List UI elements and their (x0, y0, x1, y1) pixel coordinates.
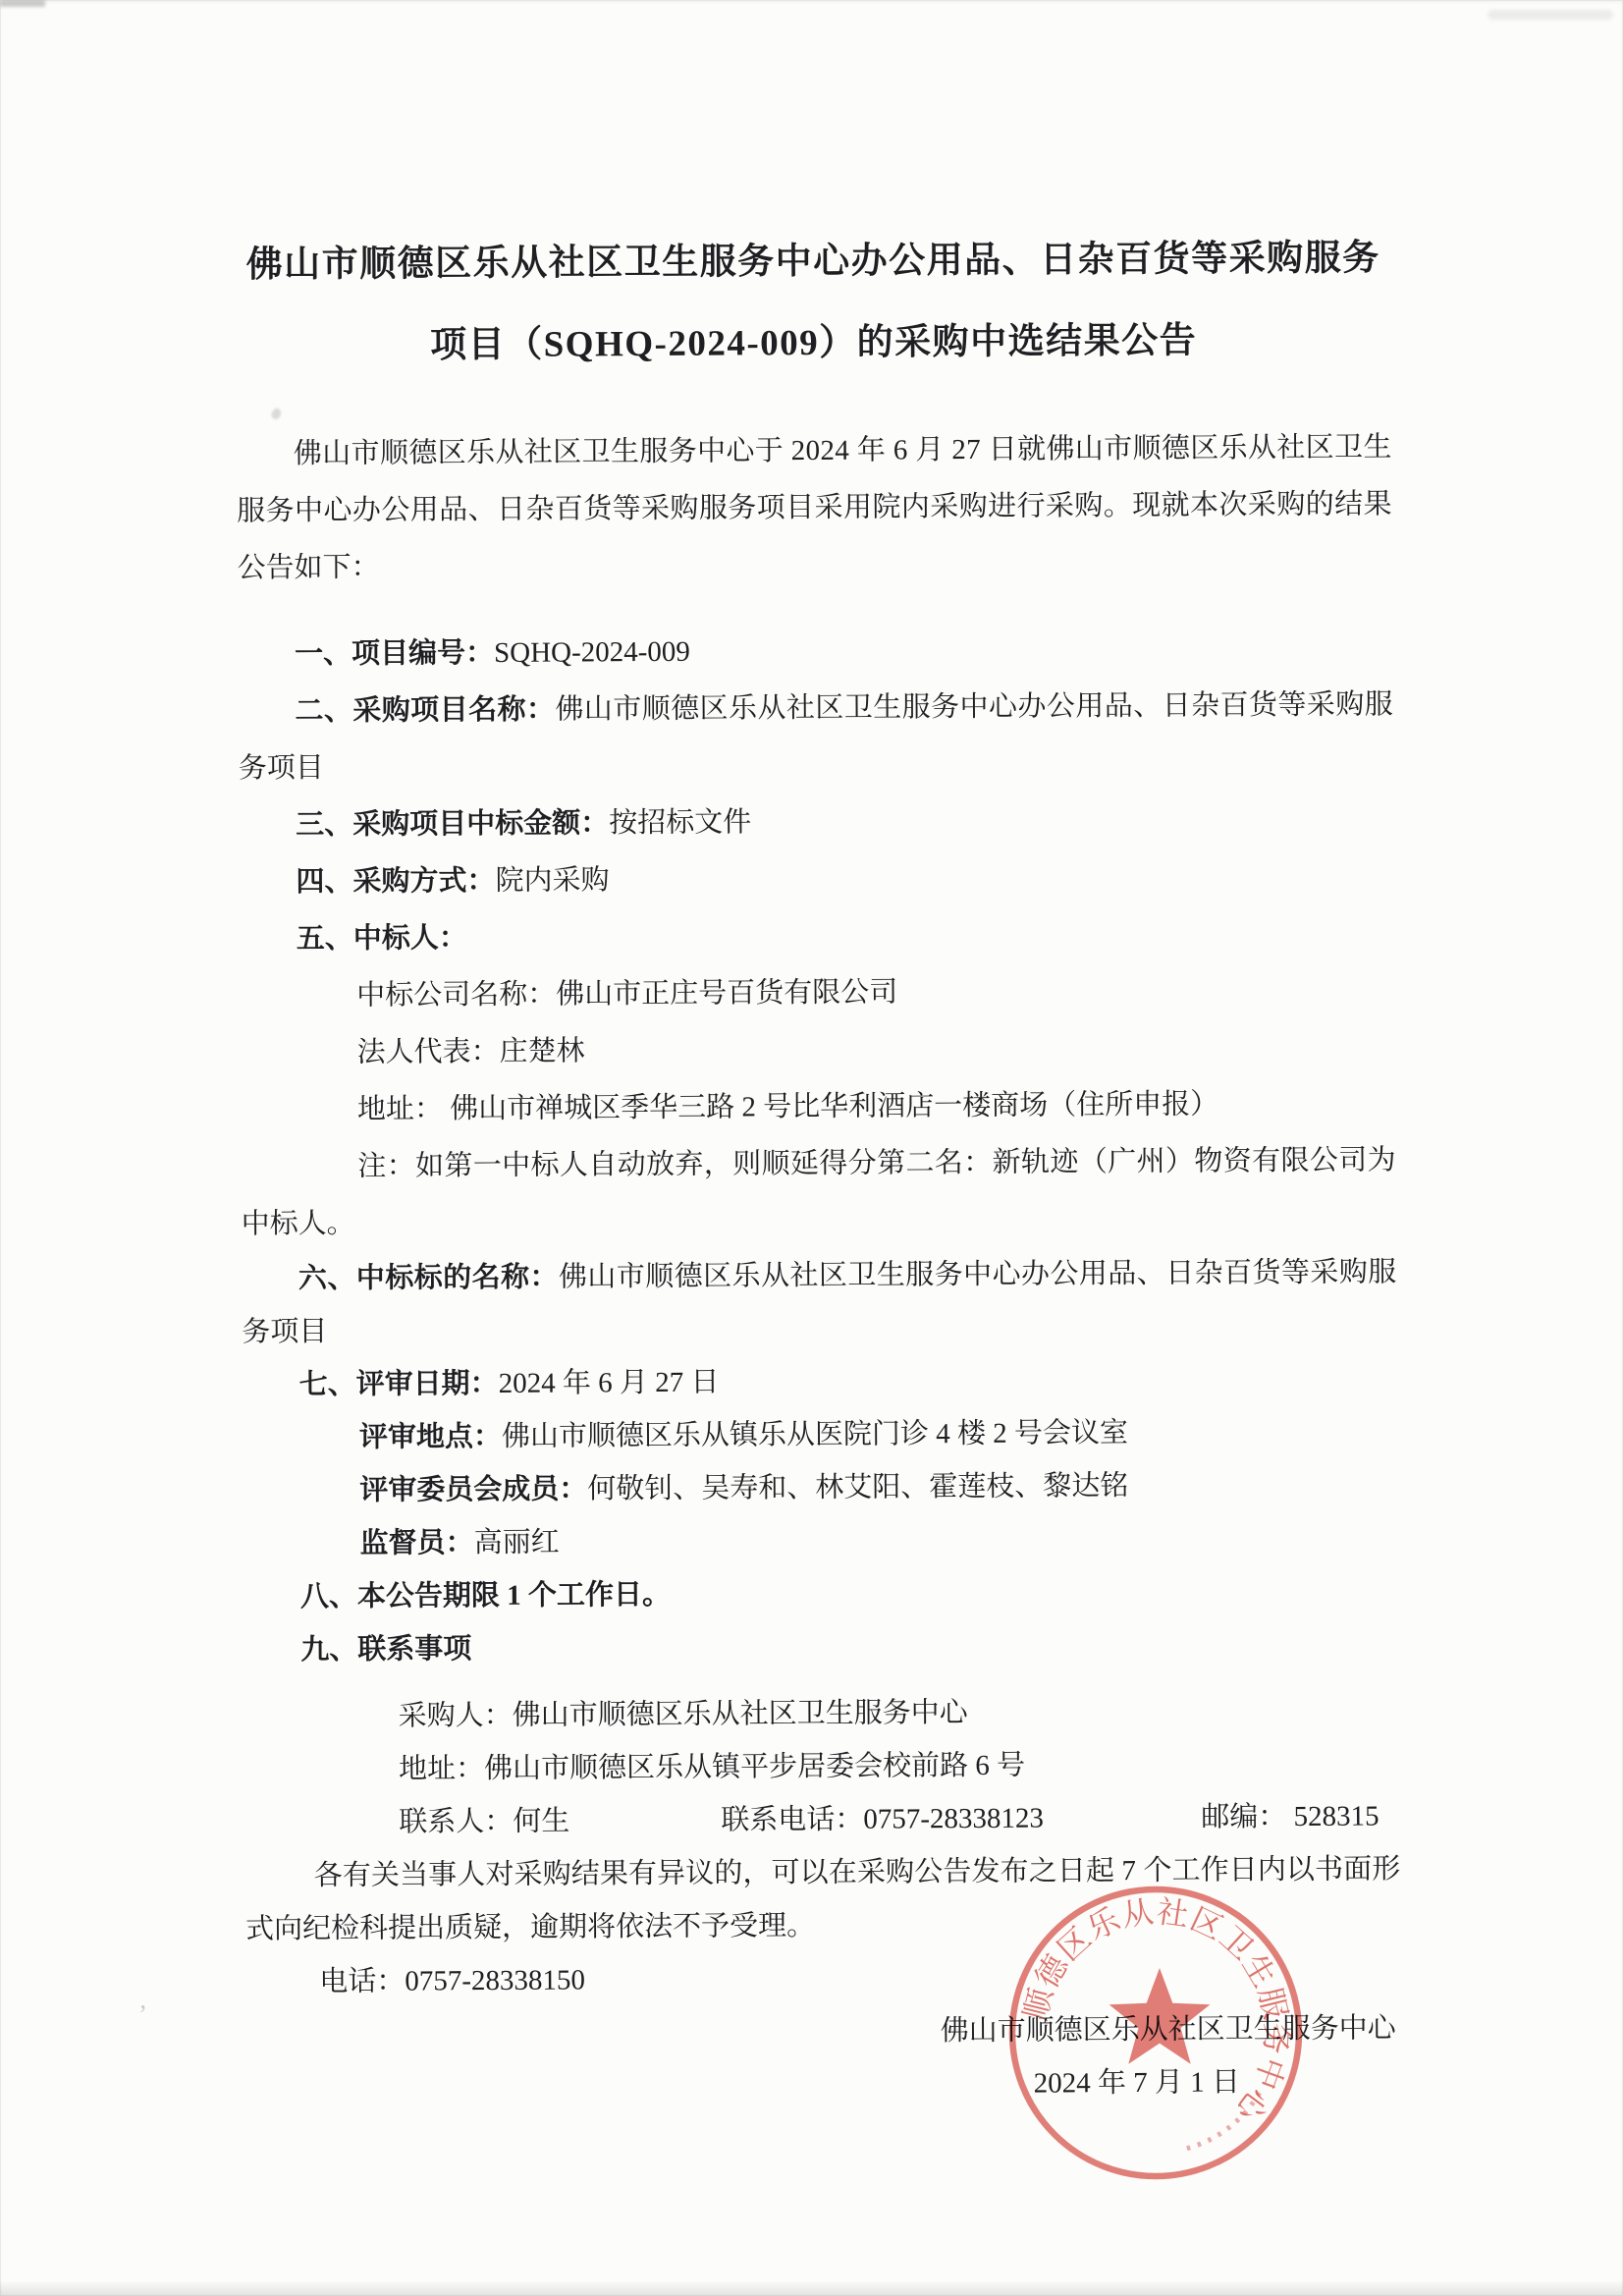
item-2-project-name: 二、采购项目名称：佛山市顺德区乐从社区卫生服务中心办公用品、日杂百货等采购服 (238, 676, 1393, 739)
winner-legal-representative: 法人代表：庄楚林 (240, 1017, 1395, 1081)
document-title-line-1: 佛山市顺德区乐从社区卫生服务中心办公用品、日杂百货等采购服务 (236, 234, 1391, 290)
item-1-project-number: 一、项目编号：SQHQ-2024-009 (238, 619, 1393, 683)
review-committee: 评审委员会成员：何敬钊、吴寿和、林艾阳、霍莲枝、黎达铭 (243, 1457, 1398, 1517)
intro-line-3: 公告如下： (237, 532, 1392, 596)
body-lines: 佛山市顺德区乐从社区卫生服务中心于 2024 年 6 月 27 日就佛山市顺德区… (237, 418, 1402, 2114)
contact-col-0: 联系人：何生 (399, 1806, 569, 1838)
page: 佛山市顺德区乐从社区卫生服务中心办公用品、日杂百货等采购服务 项目（SQHQ-2… (0, 0, 1623, 2296)
contact-row: 联系人：何生联系电话：0757-28338123邮编： 528315 (244, 1789, 1400, 1849)
signature-date: 2024 年 7 月 1 日 (246, 2054, 1402, 2114)
objection-line-2: 式向纪检科提出质疑，逾期将依法不予受理。 (245, 1895, 1401, 1955)
contact-col-1: 联系电话：0757-28338123 (721, 1792, 1044, 1847)
review-location: 评审地点：佛山市顺德区乐从镇乐从医院门诊 4 楼 2 号会议室 (243, 1404, 1398, 1464)
item-7-review-date: 七、评审日期：2024 年 6 月 27 日 (242, 1351, 1397, 1411)
signature-org: 佛山市顺德区乐从社区卫生服务中心 (246, 2001, 1402, 2061)
note-line-2: 中标人。 (241, 1188, 1396, 1252)
note-line-1: 注：如第一中标人自动放弃，则顺延得分第二名：新轨迹（广州）物资有限公司为 (241, 1131, 1396, 1195)
winner-company-name: 中标公司名称：佛山市正庄号百货有限公司 (240, 960, 1395, 1024)
item-6-continuation: 务项目 (242, 1298, 1397, 1358)
supervisor: 监督员：高丽红 (243, 1510, 1398, 1570)
item-8-announcement-period: 八、本公告期限 1 个工作日。 (243, 1563, 1399, 1623)
discipline-phone: 电话：0757-28338150 (245, 1948, 1401, 2008)
item-9-contact-heading: 九、联系事项 (243, 1616, 1399, 1676)
objection-line-1: 各有关当事人对采购结果有异议的，可以在采购公告发布之日起 7 个工作日内以书面形 (245, 1842, 1401, 1902)
purchaser-address: 地址：佛山市顺德区乐从镇平步居委会校前路 6 号 (244, 1736, 1400, 1796)
winner-address: 地址： 佛山市禅城区季华三路 2 号比华利酒店一楼商场（住所申报） (241, 1074, 1396, 1138)
scan-speck: ’ (138, 1999, 147, 2030)
item-6-award-subject: 六、中标标的名称：佛山市顺德区乐从社区卫生服务中心办公用品、日杂百货等采购服 (242, 1245, 1397, 1305)
item-4-procurement-method: 四、采购方式：院内采购 (239, 847, 1394, 910)
item-2-continuation: 务项目 (239, 733, 1394, 796)
scan-streak (1488, 10, 1613, 20)
document-title-line-2: 项目（SQHQ-2024-009）的采购中选结果公告 (236, 315, 1391, 371)
intro-line-2: 服务中心办公用品、日杂百货等采购服务项目采用院内采购进行采购。现就本次采购的结果 (237, 475, 1392, 539)
scan-corner-mark (0, 0, 45, 7)
contact-col-2: 邮编： 528315 (1201, 1790, 1380, 1844)
item-5-winner-heading: 五、中标人： (240, 903, 1395, 967)
scan-bottom-shadow (0, 2280, 1623, 2296)
purchaser: 采购人：佛山市顺德区乐从社区卫生服务中心 (244, 1683, 1400, 1743)
intro-line-1: 佛山市顺德区乐从社区卫生服务中心于 2024 年 6 月 27 日就佛山市顺德区… (237, 418, 1392, 482)
document-content: 佛山市顺德区乐从社区卫生服务中心办公用品、日杂百货等采购服务 项目（SQHQ-2… (234, 0, 1402, 2115)
item-3-award-amount: 三、采购项目中标金额：按招标文件 (239, 790, 1394, 853)
